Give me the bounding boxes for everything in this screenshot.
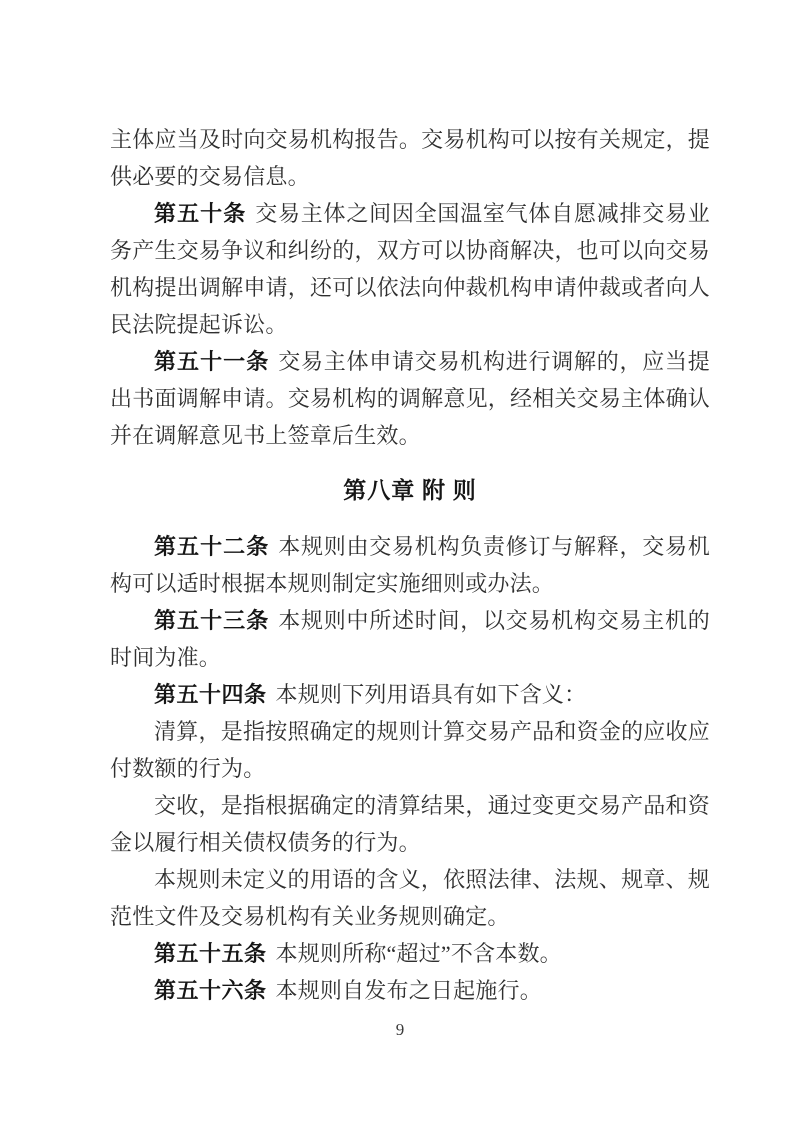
- paragraph-text: 清算，是指按照确定的规则计算交易产品和资金的应收应付数额的行为。: [110, 719, 710, 781]
- article-number: 第五十四条: [154, 682, 267, 707]
- paragraph-text: 本规则自发布之日起施行。: [276, 978, 542, 1003]
- paragraph: 第五十二条本规则由交易机构负责修订与解释，交易机构可以适时根据本规则制定实施细则…: [110, 528, 710, 602]
- paragraph: 第五十一条交易主体申请交易机构进行调解的，应当提出书面调解申请。交易机构的调解意…: [110, 343, 710, 454]
- document-page: 主体应当及时向交易机构报告。交易机构可以按有关规定，提供必要的交易信息。 第五十…: [0, 0, 800, 1131]
- paragraph: 本规则未定义的用语的含义，依照法律、法规、规章、规范性文件及交易机构有关业务规则…: [110, 861, 710, 935]
- chapter-heading: 第八章 附 则: [110, 472, 710, 509]
- paragraph-text: 本规则下列用语具有如下含义：: [276, 682, 587, 707]
- text-body: 主体应当及时向交易机构报告。交易机构可以按有关规定，提供必要的交易信息。 第五十…: [110, 121, 710, 1009]
- paragraph-text: 本规则未定义的用语的含义，依照法律、法规、规章、规范性文件及交易机构有关业务规则…: [110, 867, 710, 929]
- article-number: 第五十一条: [154, 349, 269, 374]
- article-number: 第五十五条: [154, 941, 267, 966]
- paragraph: 第五十条交易主体之间因全国温室气体自愿减排交易业务产生交易争议和纠纷的，双方可以…: [110, 195, 710, 343]
- article-number: 第五十六条: [154, 978, 267, 1003]
- paragraph: 清算，是指按照确定的规则计算交易产品和资金的应收应付数额的行为。: [110, 713, 710, 787]
- article-number: 第五十三条: [154, 608, 269, 633]
- article-number: 第五十二条: [154, 534, 269, 559]
- paragraph: 主体应当及时向交易机构报告。交易机构可以按有关规定，提供必要的交易信息。: [110, 121, 710, 195]
- paragraph: 交收，是指根据确定的清算结果，通过变更交易产品和资金以履行相关债权债务的行为。: [110, 787, 710, 861]
- paragraph: 第五十三条本规则中所述时间，以交易机构交易主机的时间为准。: [110, 602, 710, 676]
- article-number: 第五十条: [154, 201, 246, 226]
- paragraph: 第五十六条本规则自发布之日起施行。: [110, 972, 710, 1009]
- paragraph-text: 交收，是指根据确定的清算结果，通过变更交易产品和资金以履行相关债权债务的行为。: [110, 793, 710, 855]
- paragraph: 第五十五条本规则所称“超过”不含本数。: [110, 935, 710, 972]
- paragraph-text: 主体应当及时向交易机构报告。交易机构可以按有关规定，提供必要的交易信息。: [110, 127, 710, 189]
- page-number: 9: [0, 1019, 800, 1041]
- paragraph: 第五十四条本规则下列用语具有如下含义：: [110, 676, 710, 713]
- paragraph-text: 本规则所称“超过”不含本数。: [276, 941, 562, 966]
